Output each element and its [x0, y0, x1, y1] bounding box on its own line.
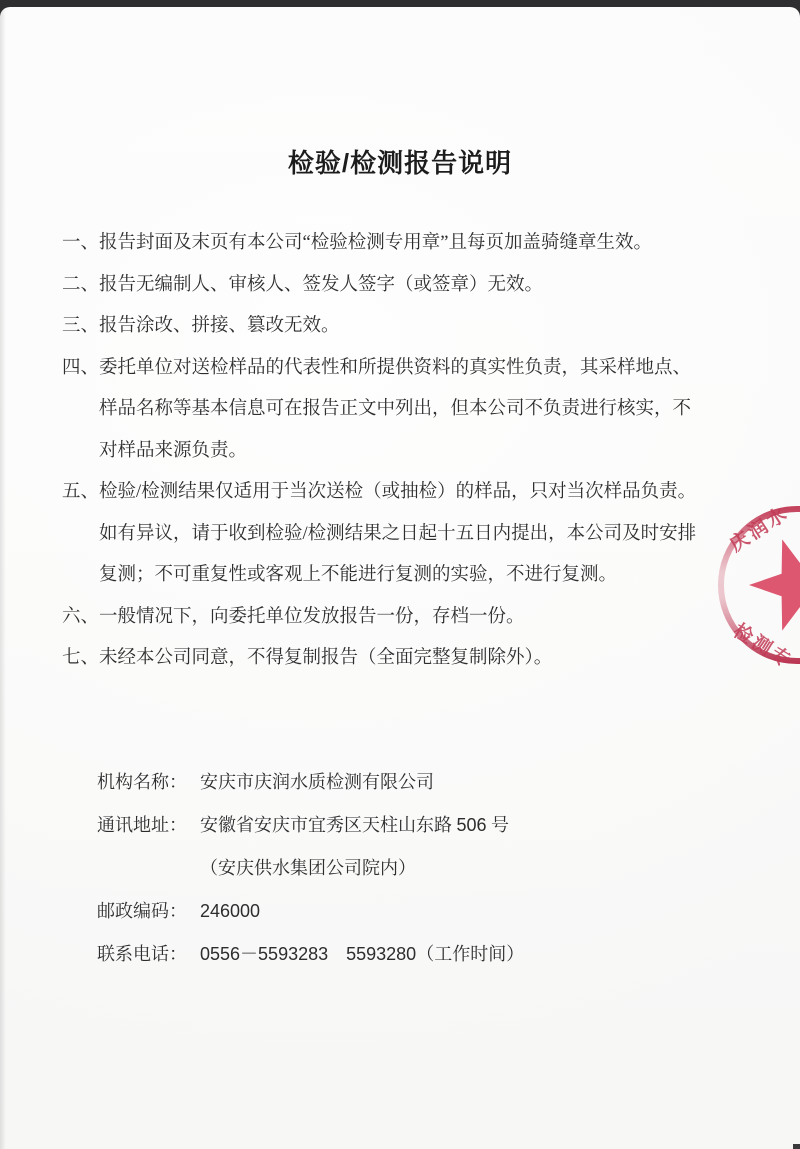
list-item: 四、 委托单位对送检样品的代表性和所提供资料的真实性负责，其采样地点、 样品名称… [62, 348, 715, 473]
list-item: 一、 报告封面及末页有本公司“检验检测专用章”且每页加盖骑缝章生效。 [62, 223, 715, 265]
address-row: 通讯地址： 安徽省安庆市宜秀区天柱山东路 506 号 [97, 804, 657, 847]
phone-row: 联系电话： 0556－5593283 5593280（工作时间） [97, 933, 657, 976]
seal-star-icon [749, 539, 800, 630]
item-text: 复测；不可重复性或客观上不能进行复测的实验，不进行复测。 [99, 555, 715, 597]
address-suffix: 号 [487, 815, 510, 835]
item-text: 报告无编制人、审核人、签发人签字（或签章）无效。 [99, 265, 715, 307]
list-item: 二、 报告无编制人、审核人、签发人签字（或签章）无效。 [62, 265, 715, 307]
list-item: 七、 未经本公司同意，不得复制报告（全面完整复制除外）。 [62, 638, 715, 680]
list-item: 三、 报告涂改、拼接、篡改无效。 [62, 306, 715, 348]
item-number: 一、 [62, 223, 99, 265]
address-label: 通讯地址： [97, 804, 200, 847]
page-title: 检验/检测报告说明 [0, 143, 800, 180]
item-text: 检验/检测结果仅适用于当次送检（或抽检）的样品，只对当次样品负责。 [99, 472, 715, 514]
item-text: 如有异议，请于收到检验/检测结果之日起十五日内提出，本公司及时安排 [99, 514, 715, 556]
address-line2: （安庆供水集团公司院内） [200, 847, 657, 890]
postal-label: 邮政编码： [97, 890, 200, 933]
item-number: 六、 [62, 597, 99, 639]
company-seal-stamp: 庆润水 检测专 [705, 495, 800, 677]
clause-list: 一、 报告封面及末页有本公司“检验检测专用章”且每页加盖骑缝章生效。 二、 报告… [62, 223, 715, 680]
item-number: 三、 [62, 306, 99, 348]
item-text: 对样品来源负责。 [99, 431, 715, 473]
item-text: 未经本公司同意，不得复制报告（全面完整复制除外）。 [99, 638, 715, 680]
contact-block: 机构名称： 安庆市庆润水质检测有限公司 通讯地址： 安徽省安庆市宜秀区天柱山东路… [97, 761, 657, 976]
item-number: 五、 [62, 472, 99, 514]
phone-label: 联系电话： [97, 933, 200, 976]
item-text: 委托单位对送检样品的代表性和所提供资料的真实性负责，其采样地点、 [99, 348, 715, 390]
document-page: 检验/检测报告说明 一、 报告封面及末页有本公司“检验检测专用章”且每页加盖骑缝… [0, 7, 800, 1149]
address-value: 安徽省安庆市宜秀区天柱山东路 [200, 815, 457, 835]
item-number: 二、 [62, 265, 99, 307]
org-name-value: 安庆市庆润水质检测有限公司 [200, 761, 434, 804]
item-number: 七、 [62, 638, 99, 680]
scan-edge-shadow [0, 7, 6, 1149]
postal-value: 246000 [200, 890, 260, 933]
seal-text-bottom: 检测专 [729, 619, 797, 673]
item-number: 四、 [62, 348, 99, 390]
phone-numbers: 0556－5593283 5593280 [200, 944, 416, 964]
seal-ring [721, 509, 800, 661]
list-item: 五、 检验/检测结果仅适用于当次送检（或抽检）的样品，只对当次样品负责。 如有异… [62, 472, 715, 597]
item-text: 一般情况下，向委托单位发放报告一份，存档一份。 [99, 597, 715, 639]
org-name-row: 机构名称： 安庆市庆润水质检测有限公司 [97, 761, 657, 804]
item-text: 样品名称等基本信息可在报告正文中列出，但本公司不负责进行核实，不 [99, 389, 715, 431]
item-text: 报告封面及末页有本公司“检验检测专用章”且每页加盖骑缝章生效。 [99, 223, 715, 265]
postal-row: 邮政编码： 246000 [97, 890, 657, 933]
item-text: 报告涂改、拼接、篡改无效。 [99, 306, 715, 348]
org-name-label: 机构名称： [97, 761, 200, 804]
scan-corner-artifact [793, 1144, 800, 1149]
phone-note: （工作时间） [416, 944, 524, 964]
list-item: 六、 一般情况下，向委托单位发放报告一份，存档一份。 [62, 597, 715, 639]
address-number: 506 [457, 815, 487, 835]
seal-text-top: 庆润水 [725, 501, 793, 556]
